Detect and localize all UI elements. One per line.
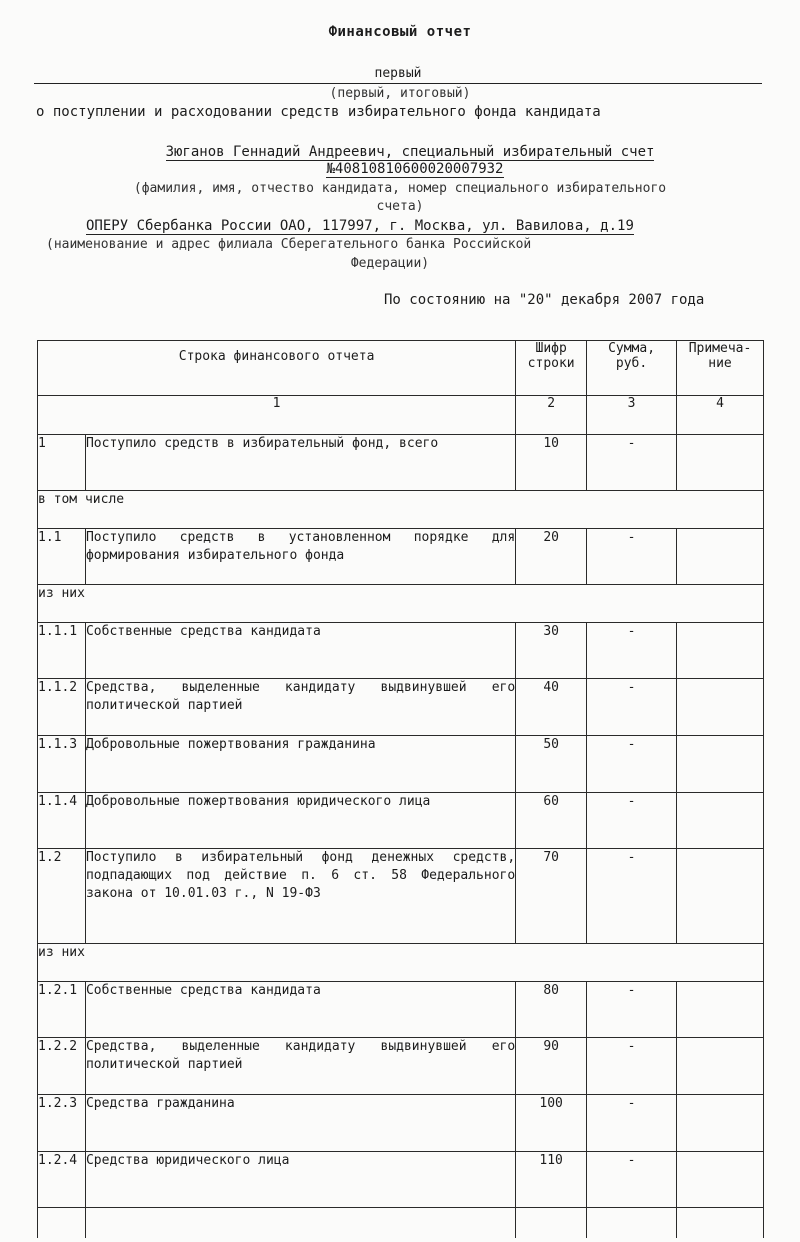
row-label: Поступило средств в избирательный фонд, … (85, 435, 515, 491)
row-note (677, 849, 764, 944)
bank-caption-1: (наименование и адрес филиала Сберегател… (46, 237, 531, 252)
row-number: 1.1.1 (38, 623, 86, 679)
table-row: 1.2Поступило в избирательный фонд денежн… (38, 849, 764, 944)
section-row: из них (38, 585, 764, 623)
row-code: 50 (516, 736, 587, 793)
row-number: 1.2.4 (38, 1152, 86, 1208)
row-number: 1.1 (38, 529, 86, 585)
table-row: 1.1Поступило средств в установленном пор… (38, 529, 764, 585)
column-number-2: 2 (516, 396, 587, 435)
row-code: 70 (516, 849, 587, 944)
row-code: 40 (516, 679, 587, 736)
row-sum: - (587, 1152, 677, 1208)
table-row: 1.2.3Средства гражданина100- (38, 1095, 764, 1152)
row-number: 1.2.3 (38, 1095, 86, 1152)
report-type-line: первый (34, 66, 762, 84)
table-row: 1.1.4Добровольные пожертвования юридичес… (38, 793, 764, 849)
table-row: 1.2.1Собственные средства кандидата80- (38, 982, 764, 1038)
row-label: Добровольные пожертвования гражданина (85, 736, 515, 793)
row-code: 110 (516, 1152, 587, 1208)
row-note (677, 679, 764, 736)
column-number-4: 4 (677, 396, 764, 435)
row-sum: - (587, 849, 677, 944)
row-note (677, 529, 764, 585)
row-code: 10 (516, 435, 587, 491)
report-type-value: первый (375, 66, 422, 81)
section-label: в том числе (38, 491, 764, 529)
row-sum: - (587, 793, 677, 849)
row-label: Поступило средств в установленном порядк… (85, 529, 515, 585)
row-number: 1.2.1 (38, 982, 86, 1038)
row-note (677, 1152, 764, 1208)
table-row: 1.1.2Средства, выделенные кандидату выдв… (38, 679, 764, 736)
row-sum: - (587, 435, 677, 491)
row-note (677, 623, 764, 679)
row-label: Средства гражданина (85, 1095, 515, 1152)
row-label: Средства юридического лица (85, 1152, 515, 1208)
row-label: Средства, выделенные кандидату выдвинувш… (85, 679, 515, 736)
financial-report-table: Строка финансового отчета Шифрстроки Сум… (37, 340, 764, 1238)
row-label: Поступило в избирательный фонд денежных … (85, 849, 515, 944)
candidate-account-number: №40810810600020007932 (326, 161, 503, 178)
row-number: 1.1.2 (38, 679, 86, 736)
row-label: Добровольные пожертвования юридического … (85, 793, 515, 849)
row-note (677, 793, 764, 849)
column-numbers-row: 1 2 3 4 (38, 396, 764, 435)
row-number: 1.2.2 (38, 1038, 86, 1095)
section-row: из них (38, 944, 764, 982)
bank-caption-2: Федерации) (0, 256, 780, 271)
row-code: 80 (516, 982, 587, 1038)
report-date: По состоянию на "20" декабря 2007 года (384, 292, 704, 308)
row-sum: - (587, 623, 677, 679)
row-number: 1 (38, 435, 86, 491)
row-number: 1.1.4 (38, 793, 86, 849)
row-code: 90 (516, 1038, 587, 1095)
document-title: Финансовый отчет (0, 24, 800, 40)
candidate-caption-1: (фамилия, имя, отчество кандидата, номер… (55, 181, 745, 196)
column-number-3: 3 (587, 396, 677, 435)
row-note (677, 1095, 764, 1152)
row-code: 100 (516, 1095, 587, 1152)
row-sum: - (587, 679, 677, 736)
table-row: 1.2.4Средства юридического лица110- (38, 1152, 764, 1208)
table-row: 1.1.1Собственные средства кандидата30- (38, 623, 764, 679)
section-row: в том числе (38, 491, 764, 529)
row-note (677, 1038, 764, 1095)
row-code: 60 (516, 793, 587, 849)
section-label: из них (38, 585, 764, 623)
row-label: Собственные средства кандидата (85, 623, 515, 679)
row-sum: - (587, 529, 677, 585)
column-number-1: 1 (38, 396, 516, 435)
row-sum: - (587, 736, 677, 793)
table-row: 1Поступило средств в избирательный фонд,… (38, 435, 764, 491)
row-label: Средства, выделенные кандидату выдвинувш… (85, 1038, 515, 1095)
row-note (677, 982, 764, 1038)
row-sum: - (587, 1038, 677, 1095)
header-row-label: Строка финансового отчета (38, 341, 516, 396)
row-number: 1.1.3 (38, 736, 86, 793)
section-label: из них (38, 944, 764, 982)
row-note (677, 736, 764, 793)
report-type-caption: (первый, итоговый) (0, 86, 800, 101)
table-row: 1.2.2Средства, выделенные кандидату выдв… (38, 1038, 764, 1095)
header-code: Шифрстроки (516, 341, 587, 396)
table-row-continuation (38, 1208, 764, 1238)
row-sum: - (587, 982, 677, 1038)
bank-line: ОПЕРУ Сбербанка России ОАО, 117997, г. М… (86, 218, 634, 235)
candidate-line-1: Зюганов Геннадий Андреевич, специальный … (166, 144, 655, 161)
header-note: Примеча-ние (677, 341, 764, 396)
header-sum: Сумма,руб. (587, 341, 677, 396)
table-row: 1.1.3Добровольные пожертвования граждани… (38, 736, 764, 793)
candidate-caption-2: счета) (0, 199, 800, 214)
report-subject: о поступлении и расходовании средств изб… (36, 104, 601, 120)
row-label: Собственные средства кандидата (85, 982, 515, 1038)
table-header-row: Строка финансового отчета Шифрстроки Сум… (38, 341, 764, 396)
row-number: 1.2 (38, 849, 86, 944)
row-code: 30 (516, 623, 587, 679)
row-code: 20 (516, 529, 587, 585)
row-note (677, 435, 764, 491)
row-sum: - (587, 1095, 677, 1152)
